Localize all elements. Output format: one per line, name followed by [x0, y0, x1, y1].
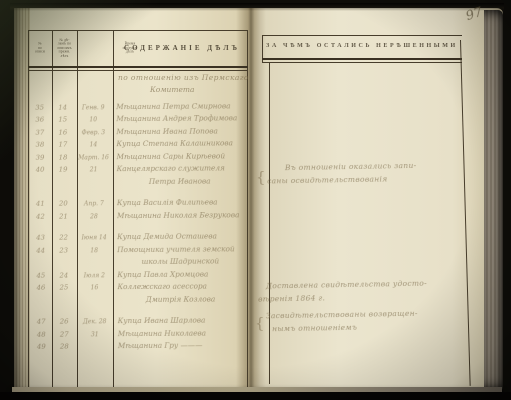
ledger-entry-text: Мѣщанина Сары Кирѣевой [111, 151, 247, 161]
ledger-row: 3716Февр. 3Мѣщанина Ивана Попова [29, 122, 247, 136]
annotation-block: Въ отношеніи оказались запи- саны освидѣ… [285, 161, 417, 185]
ledger-date-cell: 16 [76, 284, 112, 291]
ledger-row: Петра Иванова [30, 172, 248, 186]
ledger-rows: 3514Генв. 9Мѣщанина Петра Смирнова361510… [29, 97, 249, 351]
ledger-row: 4120Апр. 7Купца Василія Филипьева [30, 194, 248, 208]
ledger-date-cell: 18 [76, 247, 112, 254]
ledger-no-cell: 46 [30, 284, 51, 292]
ledger-row: 3918Март. 16Мѣщанина Сары Кирѣевой [29, 147, 247, 161]
ledger-prev-no-cell: 16 [50, 128, 75, 136]
ledger-no-cell: 41 [30, 200, 51, 208]
resolution-column-title: ЗА ЧѢМЪ ОСТАЛИСЬ НЕРѢШЕННЫМИ [266, 43, 458, 50]
ledger-prev-no-cell: 14 [50, 103, 75, 111]
ledger-prev-no-cell: 20 [51, 199, 76, 207]
contents-column-title: СОДЕРЖАНІЕ ДѢЛЪ [118, 44, 246, 52]
ledger-date-cell: Дек. 28 [77, 318, 113, 325]
ledger-row: 482731Мѣщанина Николаева [31, 324, 249, 338]
ledger-date-cell: 21 [76, 166, 112, 173]
brace-mark: { [256, 168, 266, 186]
ledger-no-cell: 45 [30, 271, 51, 279]
ledger-row: 442318Помощника учителя земской [30, 240, 248, 254]
right-header-bottom-rule-thin [262, 62, 462, 63]
header-bottom-rule [28, 66, 248, 68]
handwritten-intro-line: по отношенію изъ Пермскаго [118, 73, 249, 82]
right-header-bottom-rule [262, 58, 462, 60]
ledger-date-cell: 10 [75, 116, 111, 123]
ledger-row: 462516Коллежскаго асессора [30, 278, 248, 292]
right-table-top-rule [262, 35, 462, 36]
ledger-no-cell: 42 [30, 212, 51, 220]
ledger-entry-text: Мѣщанина Николая Безрукова [112, 210, 248, 220]
annotation-line: Засвидѣтельствованы возвращен- [266, 309, 418, 321]
ledger-date-cell: Март. 16 [76, 154, 112, 161]
ledger-prev-no-cell: 22 [51, 233, 76, 241]
ledger-date-cell: Іюня 14 [76, 234, 112, 241]
ledger-no-cell: 44 [30, 246, 51, 254]
ledger-date-cell: 31 [77, 331, 113, 338]
ledger-prev-no-cell: 15 [50, 115, 75, 123]
ledger-row: 361510Мѣщанина Андрея Трофимова [29, 110, 247, 124]
ledger-entry-text: Канцелярскаго служителя [112, 163, 248, 173]
header-line: описи [35, 50, 45, 54]
ledger-prev-no-cell: 21 [51, 212, 76, 220]
ledger-row: 422128Мѣщанина Николая Безрукова [30, 206, 248, 220]
ledger-entry-text: Коллежскаго асессора [112, 281, 248, 291]
background-band [0, 392, 511, 400]
ledger-no-cell: 40 [30, 166, 51, 174]
header-bottom-rule-thin [28, 70, 248, 71]
ledger-entry-text: Мѣщанина Гру ——— [113, 340, 249, 350]
ledger-row: школы Шадринской [30, 253, 248, 267]
ledger-entry-text: Купца Павла Хромцова [112, 269, 248, 279]
ledger-row: 4726Дек. 28Купца Ивана Шарлова [31, 312, 249, 326]
header-line: лѣтъ [61, 54, 69, 58]
column-header-no: № по описи [29, 34, 51, 63]
ledger-date-cell: Іюля 2 [76, 272, 112, 279]
ledger-prev-no-cell: 18 [51, 153, 76, 161]
annotation-line: Доставлена свидѣтельства удосто- [266, 279, 427, 291]
ledger-date-cell: 28 [76, 213, 112, 220]
table-top-rule [28, 30, 248, 31]
ledger-entry-text: школы Шадринской [112, 256, 248, 266]
ledger-date-cell: 14 [75, 141, 111, 148]
ledger-row: 3514Генв. 9Мѣщанина Петра Смирнова [29, 97, 247, 111]
ledger-entry-text: Мѣщанина Петра Смирнова [111, 101, 247, 111]
ledger-no-cell: 36 [29, 116, 50, 124]
column-header-prev-inventory: № дѣ- ламъ по описямъ прежн. лѣтъ [53, 34, 76, 63]
ledger-no-cell: 35 [29, 103, 50, 111]
ledger-entry-text: Мѣщанина Андрея Трофимова [111, 113, 247, 123]
ledger-entry-text: Помощника учителя земской [112, 244, 248, 254]
ledger-entry-text: Купца Василія Филипьева [112, 197, 248, 207]
ledger-entry-text: Петра Иванова [112, 176, 248, 186]
ledger-row: Дмитрія Козлова [30, 290, 248, 304]
ledger-no-cell: 43 [30, 234, 51, 242]
ledger-no-cell: 39 [30, 153, 51, 161]
ledger-prev-no-cell: 23 [51, 246, 76, 254]
right-column-divider [269, 62, 270, 384]
ledger-entry-text: Купца Степана Калашникова [111, 138, 247, 148]
ledger-prev-no-cell: 24 [51, 271, 76, 279]
ledger-prev-no-cell: 28 [52, 342, 77, 350]
ledger-no-cell: 47 [31, 318, 52, 326]
ledger-row: 381714Купца Степана Калашникова [29, 135, 247, 149]
annotation-block: Доставлена свидѣтельства удосто- вѣренія… [266, 279, 427, 304]
ledger-row: 4928Мѣщанина Гру ——— [31, 337, 249, 351]
ledger-prev-no-cell: 17 [50, 140, 75, 148]
ledger-no-cell: 49 [31, 343, 52, 351]
ledger-entry-text: Мѣщанина Николаева [113, 328, 249, 338]
ledger-date-cell: Генв. 9 [75, 104, 111, 111]
ledger-date-cell: Февр. 3 [75, 129, 111, 136]
brace-mark: { [255, 314, 265, 332]
ledger-entry-text: Мѣщанина Ивана Попова [111, 126, 247, 136]
handwritten-intro-line: Комитета [150, 85, 195, 94]
ledger-prev-no-cell: 26 [52, 317, 77, 325]
archival-ledger-photo: 97 № по описи № дѣ- ламъ по описямъ преж… [0, 0, 511, 400]
ledger-prev-no-cell: 19 [51, 165, 76, 173]
ledger-no-cell: 38 [29, 141, 50, 149]
ledger-row: 4524Іюля 2Купца Павла Хромцова [30, 265, 248, 279]
annotation-block: Засвидѣтельствованы возвращен- нымъ отно… [266, 309, 418, 334]
ledger-entry-text: Купца Ивана Шарлова [113, 315, 249, 325]
ledger-entry-text: Купца Демида Осташева [112, 231, 248, 241]
annotation-line: Въ отношеніи оказались запи- [285, 161, 417, 172]
ledger-row: 401921Канцелярскаго служителя [30, 160, 248, 174]
ledger-no-cell: 48 [31, 330, 52, 338]
table-left-border [28, 30, 29, 387]
ledger-no-cell: 37 [29, 128, 50, 136]
ledger-prev-no-cell: 27 [52, 330, 77, 338]
ledger-row: 4322Іюня 14Купца Демида Осташева [30, 228, 248, 242]
book-fore-edge [484, 10, 503, 390]
ledger-date-cell: Апр. 7 [76, 200, 112, 207]
ledger-entry-text: Дмитрія Козлова [112, 294, 248, 304]
ledger-prev-no-cell: 25 [51, 283, 76, 291]
